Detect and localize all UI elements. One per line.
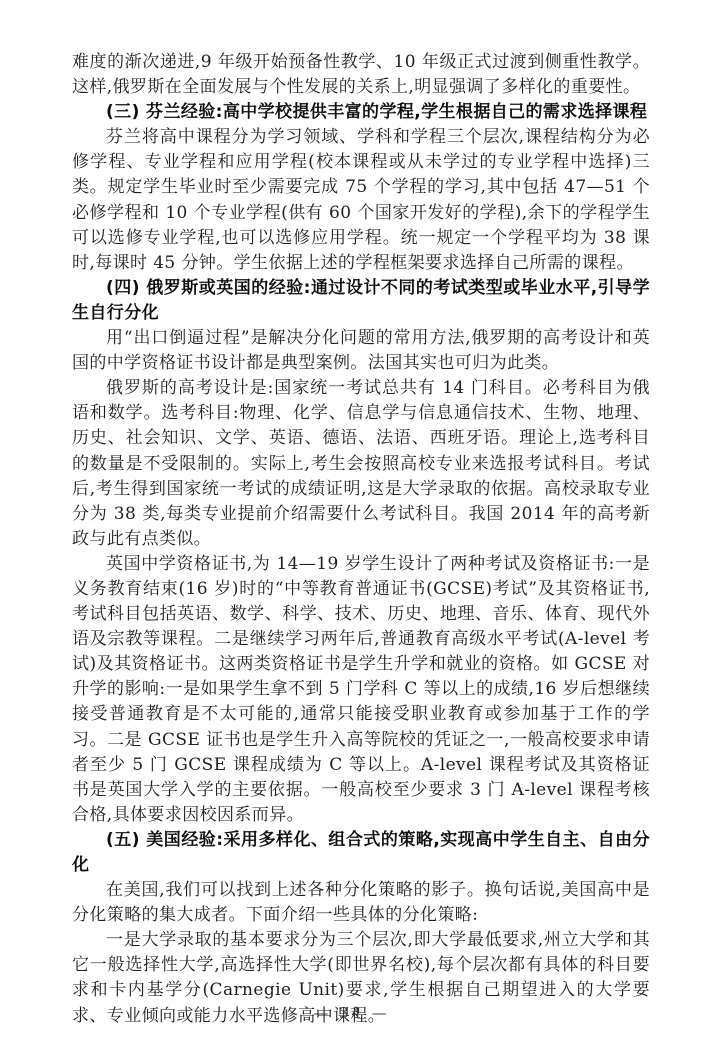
section-heading-3: (三) 芬兰经验:高中学校提供丰富的学程,学生根据自己的需求选择课程	[72, 100, 650, 125]
paragraph: 英国中学资格证书,为 14—19 岁学生设计了两种考试及资格证书:一是义务教育结…	[72, 552, 650, 828]
paragraph: 在美国,我们可以找到上述各种分化策略的影子。换句话说,美国高中是分化策略的集大成…	[72, 878, 650, 928]
page-number: — 34 —	[0, 1004, 703, 1022]
scanned-book-page: 难度的渐次递进,9 年级开始预备性教学、10 年级正式过渡到侧重性教学。这样,俄…	[0, 0, 703, 1052]
section-heading-4: (四) 俄罗斯或英国的经验:通过设计不同的考试类型或毕业水平,引导学生自行分化	[72, 276, 650, 326]
section-heading-5: (五) 美国经验:采用多样化、组合式的策略,实现高中学生自主、自由分化	[72, 828, 650, 878]
paragraph: 芬兰将高中课程分为学习领域、学科和学程三个层次,课程结构分为必修学程、专业学程和…	[72, 125, 650, 276]
paragraph: 俄罗斯的高考设计是:国家统一考试总共有 14 门科目。必考科目为俄语和数学。选考…	[72, 376, 650, 552]
text-block: 难度的渐次递进,9 年级开始预备性教学、10 年级正式过渡到侧重性教学。这样,俄…	[72, 50, 650, 1029]
paragraph: 难度的渐次递进,9 年级开始预备性教学、10 年级正式过渡到侧重性教学。这样,俄…	[72, 50, 650, 100]
paragraph: 用“出口倒逼过程”是解决分化问题的常用方法,俄罗期的高考设计和英国的中学资格证书…	[72, 326, 650, 376]
